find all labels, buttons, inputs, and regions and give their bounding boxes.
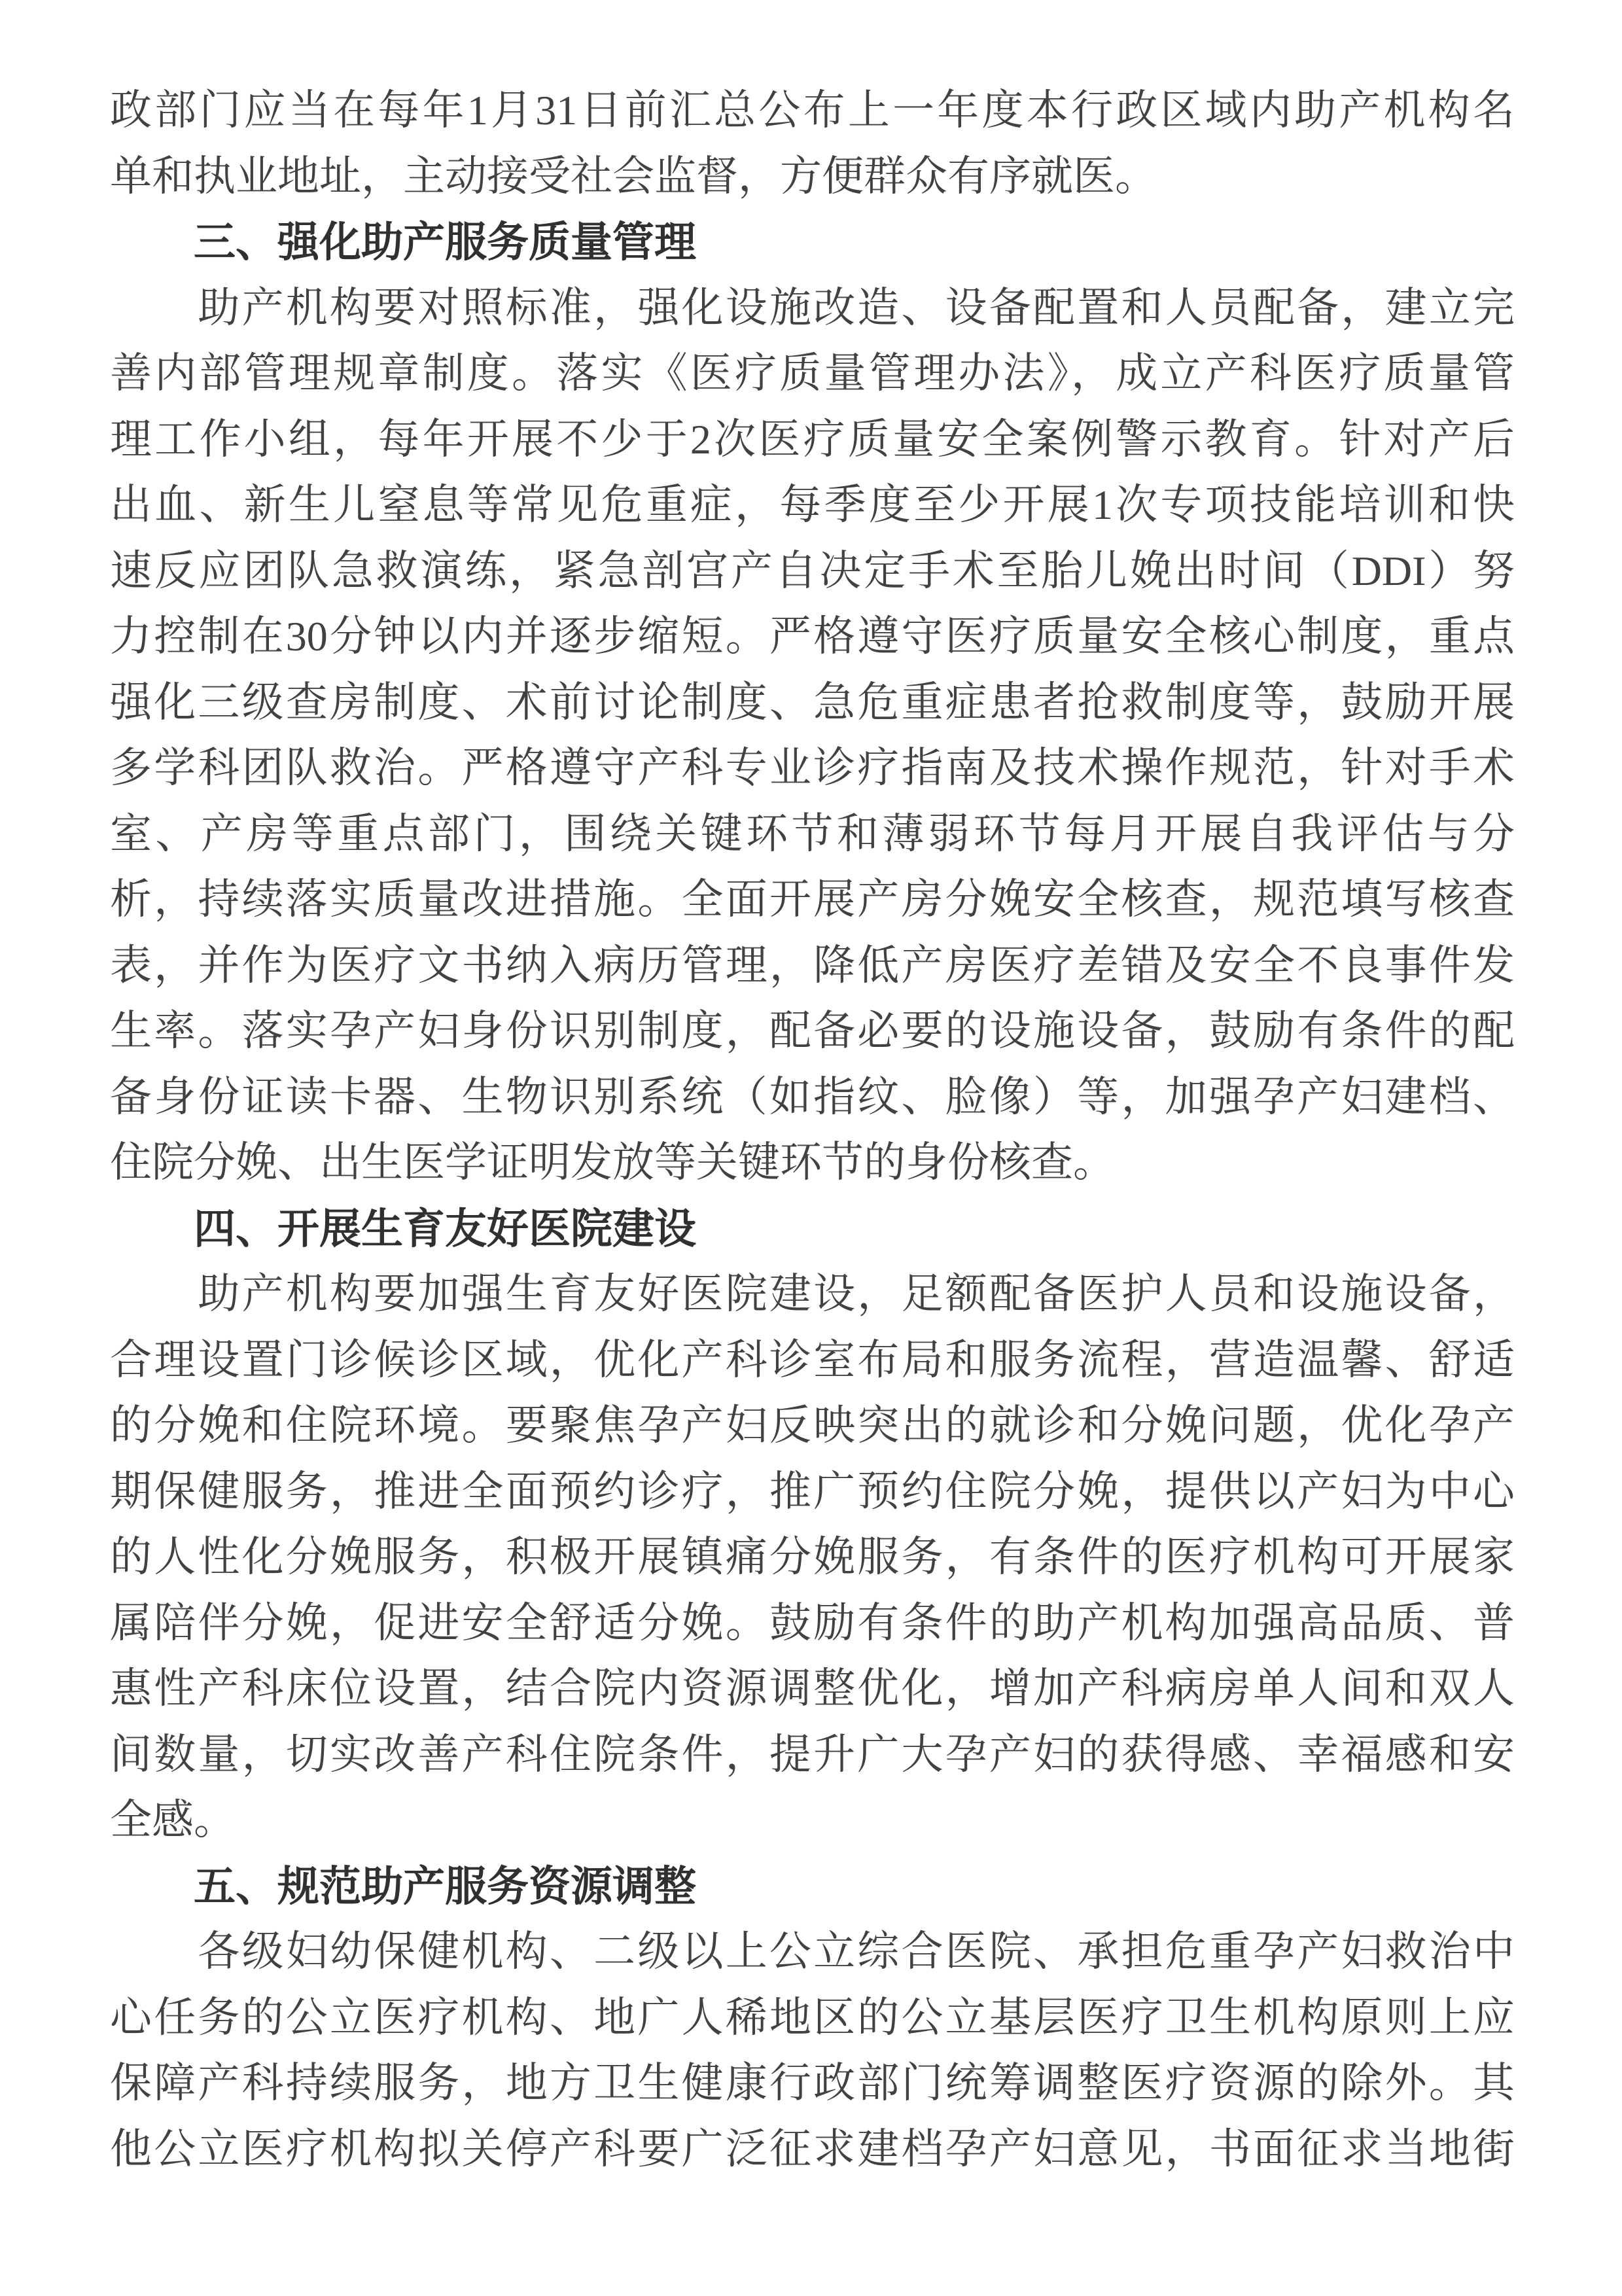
text-line: 住院分娩、出生医学证明发放等关键环节的身份核查。: [110, 1130, 1515, 1196]
text-line: 生率。落实孕产妇身份识别制度，配备必要的设施设备，鼓励有条件的配: [110, 998, 1515, 1065]
text-line: 出血、新生儿窒息等常见危重症，每季度至少开展1次专项技能培训和快: [110, 472, 1515, 539]
text-line: 的人性化分娩服务，积极开展镇痛分娩服务，有条件的医疗机构可开展家: [110, 1525, 1515, 1591]
text-line: 他公立医疗机构拟关停产科要广泛征求建档孕产妇意见，书面征求当地街: [110, 2117, 1515, 2183]
text-line: 强化三级查房制度、术前讨论制度、急危重症患者抢救制度等，鼓励开展: [110, 670, 1515, 736]
section-heading: 四、开展生育友好医院建设: [110, 1196, 1515, 1262]
text-line: 善内部管理规章制度。落实《医疗质量管理办法》，成立产科医疗质量管: [110, 341, 1515, 407]
text-line: 表，并作为医疗文书纳入病历管理，降低产房医疗差错及安全不良事件发: [110, 933, 1515, 999]
text-line: 保障产科持续服务，地方卫生健康行政部门统筹调整医疗资源的除外。其: [110, 2051, 1515, 2117]
document-body: 政部门应当在每年1月31日前汇总公布上一年度本行政区域内助产机构名单和执业地址，…: [110, 78, 1515, 2182]
document-page: 政部门应当在每年1月31日前汇总公布上一年度本行政区域内助产机构名单和执业地址，…: [0, 0, 1622, 2296]
text-line: 心任务的公立医疗机构、地广人稀地区的公立基层医疗卫生机构原则上应: [110, 1985, 1515, 2051]
text-line: 助产机构要加强生育友好医院建设，足额配备医护人员和设施设备，: [110, 1262, 1515, 1328]
text-line: 惠性产科床位设置，结合院内资源调整优化，增加产科病房单人间和双人: [110, 1656, 1515, 1722]
text-line: 政部门应当在每年1月31日前汇总公布上一年度本行政区域内助产机构名: [110, 78, 1515, 144]
text-line: 备身份证读卡器、生物识别系统（如指纹、脸像）等，加强孕产妇建档、: [110, 1065, 1515, 1131]
text-line: 单和执业地址，主动接受社会监督，方便群众有序就医。: [110, 144, 1515, 210]
text-line: 速反应团队急救演练，紧急剖宫产自决定手术至胎儿娩出时间（DDI）努: [110, 539, 1515, 605]
text-line: 各级妇幼保健机构、二级以上公立综合医院、承担危重孕产妇救治中: [110, 1919, 1515, 1985]
text-line: 属陪伴分娩，促进安全舒适分娩。鼓励有条件的助产机构加强高品质、普: [110, 1591, 1515, 1657]
text-line: 的分娩和住院环境。要聚焦孕产妇反映突出的就诊和分娩问题，优化孕产: [110, 1393, 1515, 1459]
text-line: 助产机构要对照标准，强化设施改造、设备配置和人员配备，建立完: [110, 275, 1515, 342]
text-line: 多学科团队救治。严格遵守产科专业诊疗指南及技术操作规范，针对手术: [110, 735, 1515, 802]
text-line: 析，持续落实质量改进措施。全面开展产房分娩安全核查，规范填写核查: [110, 867, 1515, 933]
text-line: 间数量，切实改善产科住院条件，提升广大孕产妇的获得感、幸福感和安: [110, 1722, 1515, 1788]
text-line: 理工作小组，每年开展不少于2次医疗质量安全案例警示教育。针对产后: [110, 407, 1515, 473]
section-heading: 五、规范助产服务资源调整: [110, 1854, 1515, 1920]
text-line: 期保健服务，推进全面预约诊疗，推广预约住院分娩，提供以产妇为中心: [110, 1459, 1515, 1525]
section-heading: 三、强化助产服务质量管理: [110, 209, 1515, 275]
text-line: 力控制在30分钟以内并逐步缩短。严格遵守医疗质量安全核心制度，重点: [110, 604, 1515, 670]
text-line: 室、产房等重点部门，围绕关键环节和薄弱环节每月开展自我评估与分: [110, 802, 1515, 868]
text-line: 合理设置门诊候诊区域，优化产科诊室布局和服务流程，营造温馨、舒适: [110, 1328, 1515, 1394]
text-line: 全感。: [110, 1788, 1515, 1854]
